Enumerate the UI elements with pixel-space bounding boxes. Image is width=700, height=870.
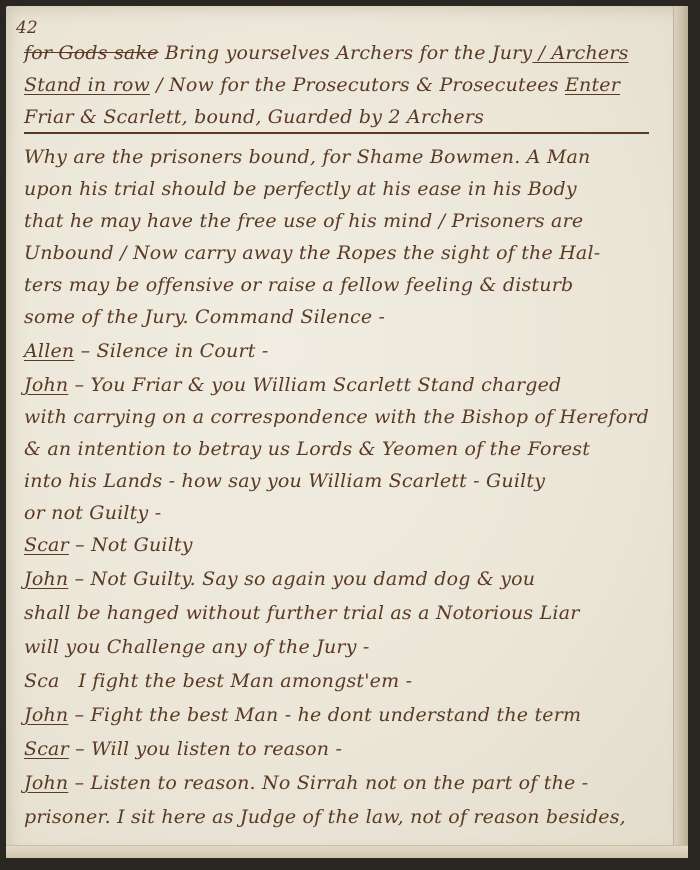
speaker-name: John xyxy=(24,568,68,590)
stage-direction-line-1: for Gods sake Bring yourselves Archers f… xyxy=(24,40,629,66)
page-bottom-edge xyxy=(6,845,688,858)
page-edge xyxy=(673,6,688,858)
stage-direction-line-2: Stand in row / Now for the Prosecutors &… xyxy=(24,72,620,98)
text-line: with carrying on a correspondence with t… xyxy=(24,404,649,430)
text-line: some of the Jury. Command Silence - xyxy=(24,304,385,330)
speech-line: John – Fight the best Man - he dont unde… xyxy=(24,702,581,728)
text-line: into his Lands - how say you William Sca… xyxy=(24,468,545,494)
text-line: ters may be offensive or raise a fellow … xyxy=(24,272,573,298)
section-rule xyxy=(24,132,649,134)
struck-text: for Gods sake xyxy=(24,42,159,64)
speech-line: Sca I fight the best Man amongst'em - xyxy=(24,668,412,694)
text-line: that he may have the free use of his min… xyxy=(24,208,583,234)
page-number: 42 xyxy=(16,18,38,38)
speech-line: John – Not Guilty. Say so again you damd… xyxy=(24,566,535,592)
speaker-name: Scar xyxy=(24,738,69,760)
manuscript-page: 42 for Gods sake Bring yourselves Archer… xyxy=(6,6,688,858)
speech-line: John – You Friar & you William Scarlett … xyxy=(24,372,561,398)
speaker-name: John xyxy=(24,704,68,726)
stage-direction-line-3: Friar & Scarlett, bound, Guarded by 2 Ar… xyxy=(24,104,484,130)
speaker-name: John xyxy=(24,772,68,794)
speech-line: Scar – Not Guilty xyxy=(24,532,193,558)
speech-line: Scar – Will you listen to reason - xyxy=(24,736,342,762)
text-line: shall be hanged without further trial as… xyxy=(24,600,580,626)
text-line: prisoner. I sit here as Judge of the law… xyxy=(24,804,626,830)
text-line: Why are the prisoners bound, for Shame B… xyxy=(24,144,590,170)
speech-line: John – Listen to reason. No Sirrah not o… xyxy=(24,770,588,796)
speaker-name: John xyxy=(24,374,68,396)
speaker-name: Allen xyxy=(24,340,74,362)
speaker-name: Sca xyxy=(24,670,60,692)
text-line: & an intention to betray us Lords & Yeom… xyxy=(24,436,590,462)
speaker-name: Scar xyxy=(24,534,69,556)
text-line: upon his trial should be perfectly at hi… xyxy=(24,176,577,202)
speech-line: Allen – Silence in Court - xyxy=(24,338,268,364)
text-line: Unbound / Now carry away the Ropes the s… xyxy=(24,240,600,266)
text-line: or not Guilty - xyxy=(24,500,161,526)
text-line: will you Challenge any of the Jury - xyxy=(24,634,370,660)
